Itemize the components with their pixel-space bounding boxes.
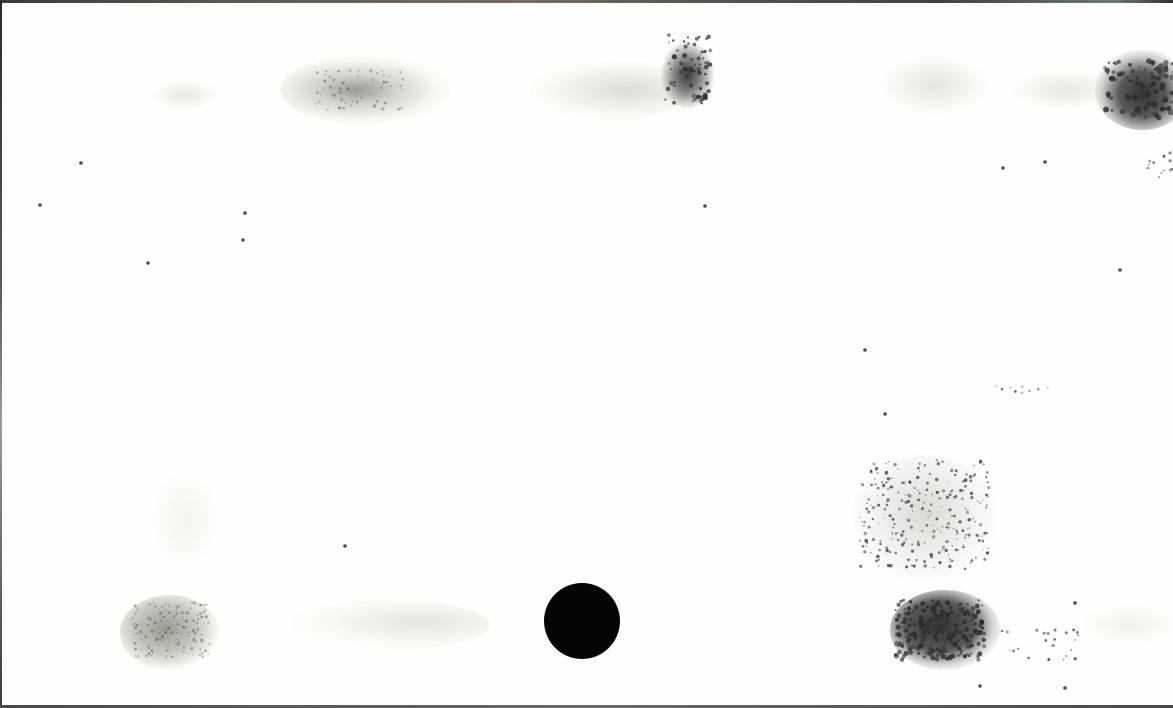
scanned-surface: [0, 0, 1173, 708]
speckle-overlay: [0, 0, 1173, 708]
